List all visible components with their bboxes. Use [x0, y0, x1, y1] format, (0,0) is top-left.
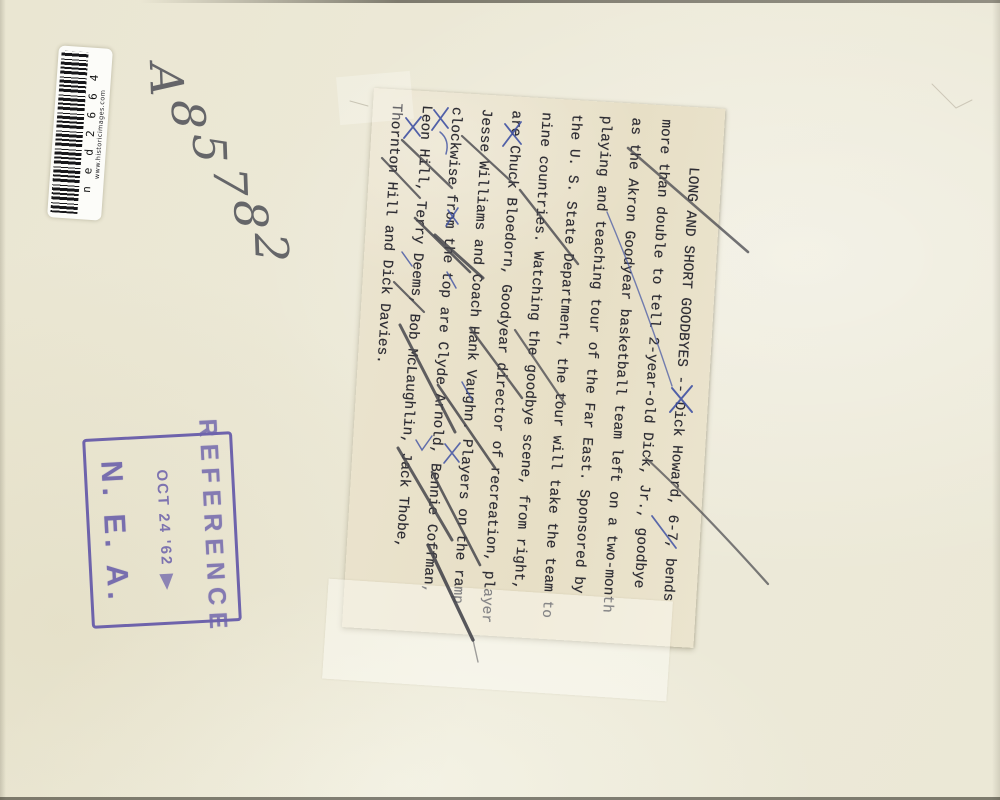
stamp-org: N. E. A. [93, 460, 134, 605]
photo-back-scan: ned2664 www.historicimages.com A85782 LO… [0, 0, 1000, 800]
stamp-wedge-icon [160, 574, 175, 591]
stamp-title: REFERENCE [192, 418, 232, 636]
tape-strip-corner [336, 71, 414, 125]
barcode-sticker: ned2664 www.historicimages.com [47, 45, 113, 220]
caption-sheet: LONG AND SHORT GOODBYES -- Dick Howard, … [342, 88, 725, 648]
handwritten-serial: A85782 [132, 52, 305, 284]
scan-edge-right [992, 0, 1000, 800]
typed-caption: LONG AND SHORT GOODBYES -- Dick Howard, … [350, 102, 710, 641]
stamp-date-row: OCT 24 '62 [153, 469, 176, 591]
tape-strip-bottom [322, 579, 673, 702]
scan-edge-top [140, 0, 1000, 3]
stamp-date: OCT 24 '62 [153, 469, 175, 567]
reference-stamp: REFERENCE OCT 24 '62 N. E. A. [82, 431, 242, 629]
scan-edge-left [0, 0, 6, 800]
